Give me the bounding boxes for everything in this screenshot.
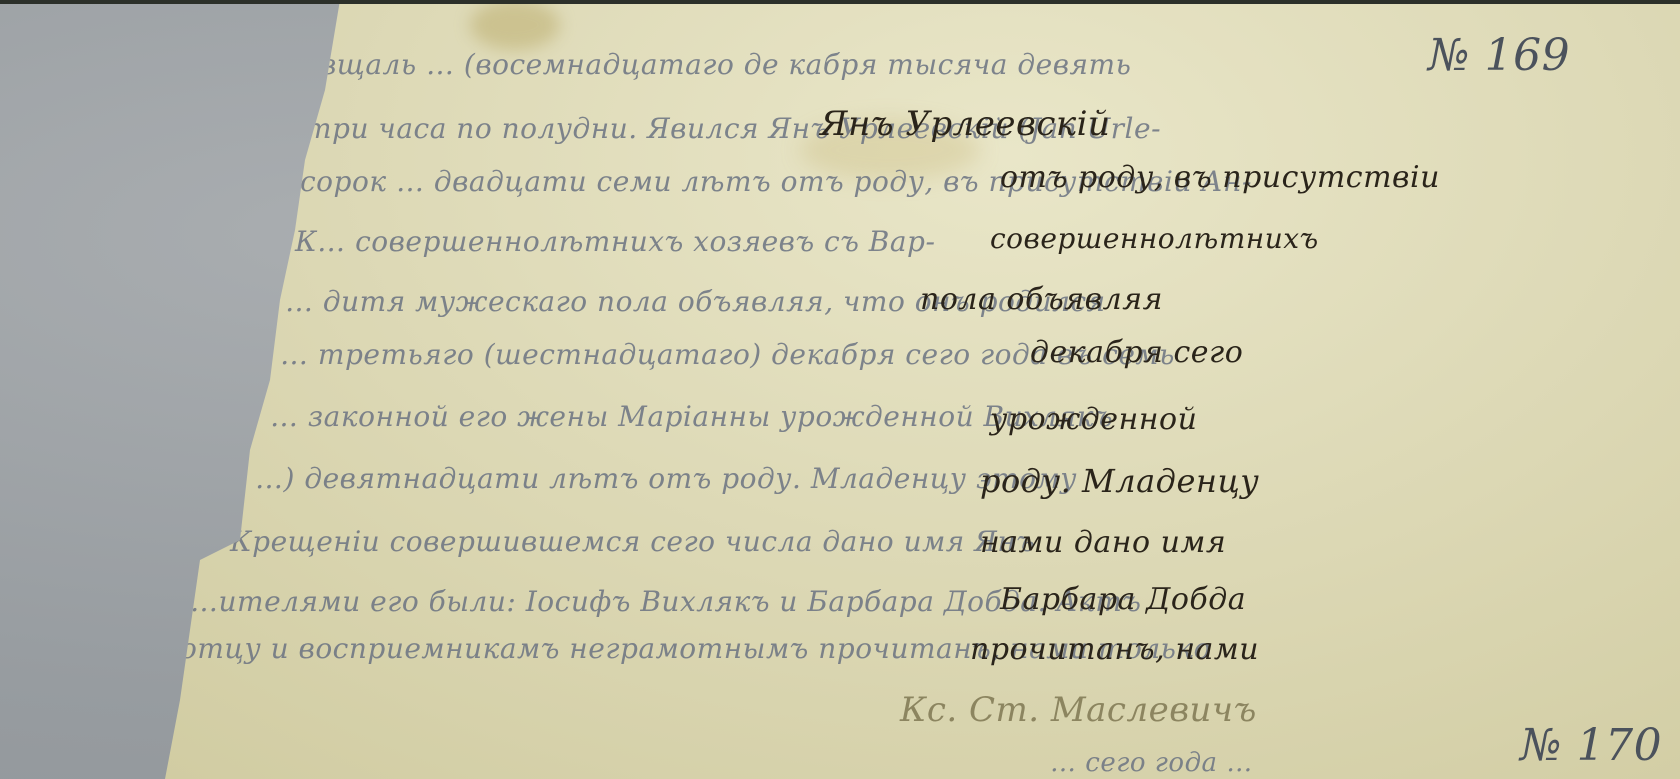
text-line-8: …) девятнадцати лѣтъ отъ роду. Младенцу …	[255, 462, 1077, 495]
text-line-9: Крещеніи совершившемся сего числа дано и…	[230, 525, 1035, 558]
dark-ink-span-7: урожденной	[990, 402, 1197, 437]
scan-edge	[0, 0, 1680, 4]
dark-ink-span-6: декабря сего	[1030, 335, 1243, 370]
document-scan: № 169 вщаль … (восемнадцатаго де кабря т…	[0, 0, 1680, 779]
text-line-4: К… совершеннолѣтнихъ хозяевъ съ Вар-	[295, 225, 935, 258]
dark-ink-span-9: нами дано имя	[980, 525, 1226, 560]
dark-ink-span-4: совершеннолѣтнихъ	[990, 222, 1319, 255]
text-line-7: … законной его жены Маріанны урожденной …	[270, 400, 1113, 433]
dark-ink-span-8: роду. Младенцу	[980, 462, 1259, 500]
text-line-10: …ителями его были: Іосифъ Вихлякъ и Барб…	[190, 585, 1141, 618]
dark-ink-span-3: отъ роду, въ присутствіи	[1000, 160, 1440, 195]
dark-ink-span-2: Янъ Урлеевскій	[820, 104, 1110, 144]
text-line-next-entry: … сего года …	[1050, 748, 1253, 778]
entry-number-169: № 169	[1428, 30, 1570, 81]
text-line-1: вщаль … (восемнадцатаго де кабря тысяча …	[320, 48, 1131, 81]
dark-ink-span-5: пола объявляя	[920, 282, 1163, 317]
dark-ink-span-10: Барбара Добда	[1000, 582, 1246, 617]
priest-signature: Кс. Ст. Маслевичъ	[900, 690, 1257, 730]
stain	[470, 0, 560, 50]
entry-number-170: № 170	[1520, 720, 1662, 771]
dark-ink-span-11: прочитанъ, нами	[970, 632, 1259, 667]
